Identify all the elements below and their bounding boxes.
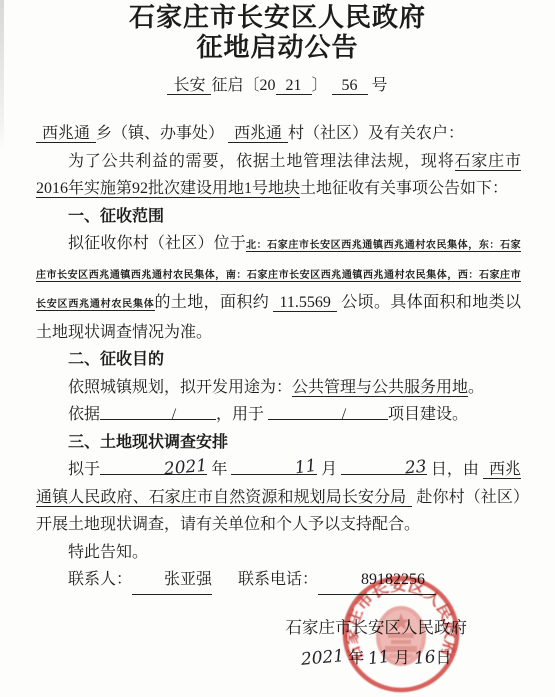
area-fill: 11.5569 — [273, 294, 336, 312]
sig-month-handwriting: 11 — [367, 649, 391, 669]
month-label: 月 — [321, 461, 337, 478]
contact-person-label: 联系人： — [68, 571, 132, 588]
document-number: 长安征启〔2021〕 56 号 — [0, 72, 555, 95]
sig-day-label: 日 — [436, 650, 452, 667]
survey-day-handwriting: 23 — [373, 459, 428, 481]
section2-line2-tail: 项目建设。 — [388, 406, 468, 423]
document-page: 石家庄市长安区人民政府 征地启动公告 长安征启〔2021〕 56 号 西兆通乡（… — [0, 0, 555, 697]
township-suffix: 乡（镇、办事处） — [96, 125, 224, 142]
signature-date: 2021 年 11 月 16日 — [286, 643, 468, 674]
survey-year-handwriting: 2021 — [131, 458, 207, 481]
doc-no-year-fill: 21 — [276, 77, 312, 95]
signature-block: 石家庄市长安区人民政府 2021 年 11 月 16日 — [286, 612, 468, 674]
doc-no-bracket: 〕 — [312, 77, 328, 94]
closing-line: 特此告知。 — [36, 539, 521, 567]
sig-year-label: 年 — [348, 650, 364, 667]
section1-paragraph: 拟征收你村（社区）位于北：石家庄市长安区西兆通镇西兆通村农民集体，东：石家庄市长… — [36, 230, 521, 346]
title-line-2: 征地启动公告 — [0, 33, 555, 63]
section1-lead: 拟征收你村（社区）位于 — [68, 235, 246, 252]
section3-lead: 拟于 — [68, 461, 100, 478]
contact-person-fill: 张亚强 — [132, 566, 212, 595]
section2-line1-end: 。 — [468, 379, 484, 396]
doc-no-mid: 征启〔20 — [211, 77, 275, 94]
intro-paragraph: 为了公共利益的需要，依据土地管理法律法规，现将石家庄市2016年实施第92批次建… — [36, 148, 521, 203]
document-body: 西兆通乡（镇、办事处） 西兆通村（社区）及有关农户： 为了公共利益的需要，依据土… — [0, 95, 555, 595]
section2-line2-mid: ，用于 — [216, 406, 264, 423]
section2-line1: 依照城镇规划，拟开发用途为：公共管理与公共服务用地。 — [36, 374, 521, 402]
contact-line: 联系人：张亚强联系电话：89182256 — [36, 566, 521, 595]
doc-no-suffix: 号 — [372, 77, 388, 94]
basis-blank: / — [100, 401, 216, 420]
section2-line1-lead: 依照城镇规划，拟开发用途为： — [68, 379, 292, 396]
title-line-1: 石家庄市长安区人民政府 — [0, 3, 555, 33]
project-blank: / — [268, 401, 388, 420]
doc-no-serial-fill: 56 — [332, 77, 368, 95]
day-label: 日，由 — [431, 461, 479, 478]
section2-line2-lead: 依据 — [68, 406, 100, 423]
sig-month-label: 月 — [394, 650, 410, 667]
intro-lead: 为了公共利益的需要，依据土地管理法律法规，现将 — [68, 153, 455, 170]
survey-year-fill: 2021 — [100, 456, 207, 475]
survey-month-fill: 11 — [231, 456, 317, 475]
section2-heading: 二、征收目的 — [36, 346, 521, 374]
signature-org: 石家庄市长安区人民政府 — [286, 612, 468, 643]
scan-artifact — [0, 0, 4, 150]
salutation-line: 西兆通乡（镇、办事处） 西兆通村（社区）及有关农户： — [36, 120, 521, 148]
intro-tail: 土地征收有关事项公告如下： — [300, 180, 508, 197]
sig-year-handwriting: 2021 — [300, 648, 345, 669]
year-label: 年 — [211, 461, 227, 478]
doc-no-org-fill: 长安 — [167, 77, 211, 95]
section1-heading: 一、征收范围 — [36, 203, 521, 231]
village-fill: 西兆通 — [228, 125, 288, 143]
section3-paragraph: 拟于2021 年 11 月 23 日，由 西兆通镇人民政府、石家庄市自然资源和规… — [36, 456, 521, 539]
survey-day-fill: 23 — [341, 456, 427, 475]
section1-mid: 的土地，面积约 — [155, 294, 270, 311]
survey-month-handwriting: 11 — [263, 458, 318, 481]
purpose-fill: 公共管理与公共服务用地 — [292, 379, 468, 397]
sig-day-handwriting: 16 — [413, 649, 436, 668]
section3-heading: 三、土地现状调查安排 — [36, 429, 521, 457]
contact-phone-fill: 89182256 — [318, 566, 436, 595]
section2-line2: 依据/，用于 /项目建设。 — [36, 401, 521, 429]
document-header: 石家庄市长安区人民政府 征地启动公告 长安征启〔2021〕 56 号 — [0, 0, 555, 95]
village-suffix: 村（社区）及有关农户： — [288, 125, 464, 142]
township-fill: 西兆通 — [36, 125, 96, 143]
contact-phone-label: 联系电话： — [238, 571, 318, 588]
